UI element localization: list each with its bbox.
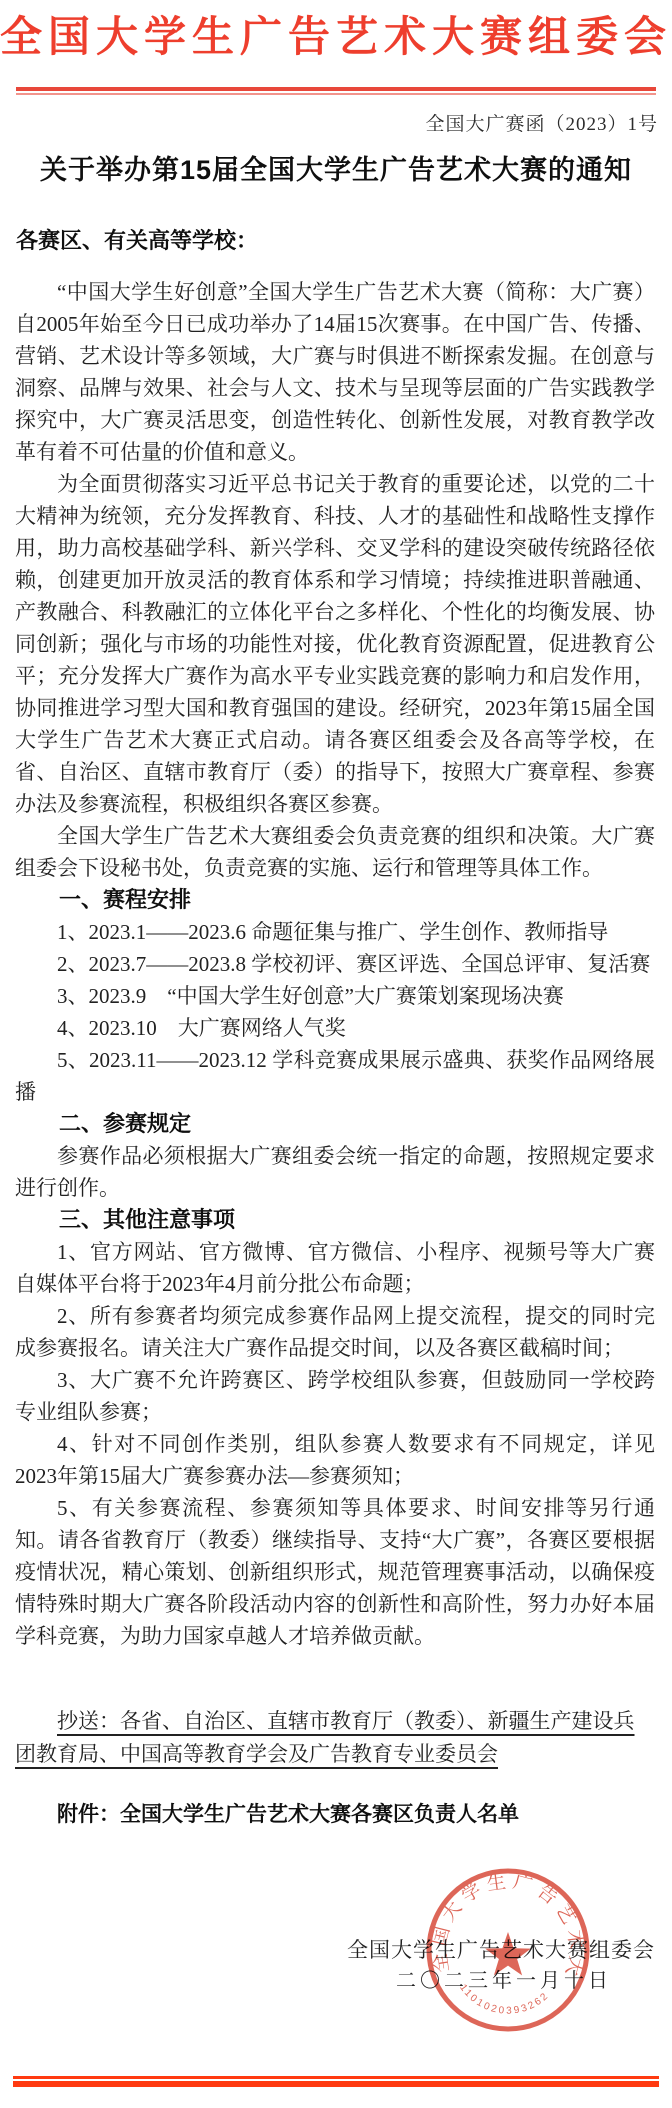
doc-title: 关于举办第15届全国大学生广告艺术大赛的通知 — [0, 152, 672, 188]
section-heading-schedule: 一、赛程安排 — [15, 884, 655, 916]
org-header: 全国大学生广告艺术大赛组委会 — [0, 12, 672, 64]
section-heading-rules: 二、参赛规定 — [15, 1108, 655, 1140]
note-item: 3、大广赛不允许跨赛区、跨学校组队参赛，但鼓励同一学校跨专业组队参赛； — [15, 1364, 655, 1428]
stamp-ring-text: 全国大学生广告艺术大赛组委会 — [422, 1864, 588, 1984]
schedule-item: 2、2023.7——2023.8 学校初评、赛区评选、全国总评审、复活赛 — [15, 948, 655, 980]
schedule-item: 5、2023.11——2023.12 学科竞赛成果展示盛典、获奖作品网络展播 — [15, 1044, 655, 1108]
paragraph-organizer: 全国大学生广告艺术大赛组委会负责竞赛的组织和决策。大广赛组委会下设秘书处，负责竞… — [15, 820, 655, 884]
paragraph-policy: 为全面贯彻落实习近平总书记关于教育的重要论述，以党的二十大精神为统领，充分发挥教… — [15, 468, 655, 820]
note-item: 4、针对不同创作类别，组队参赛人数要求有不同规定，详见2023年第15届大广赛参… — [15, 1428, 655, 1492]
signature-date: 二〇二三年一月十日 — [396, 1967, 612, 1995]
footer-divider — [13, 2076, 659, 2087]
cc-line: 抄送：各省、自治区、直辖市教育厅（教委）、新疆生产建设兵团教育局、中国高等教育学… — [15, 1705, 655, 1771]
document-page: 全国大学生广告艺术大赛组委会 全国大广赛函（2023）1号 关于举办第15届全国… — [0, 0, 672, 2108]
note-item: 2、所有参赛者均须完成参赛作品网上提交流程，提交的同时完成参赛报名。请关注大广赛… — [15, 1300, 655, 1364]
svg-text:全国大学生广告艺术大赛组委会: 全国大学生广告艺术大赛组委会 — [422, 1864, 588, 1984]
header-divider-thin-line — [16, 93, 656, 95]
salutation: 各赛区、有关高等学校： — [16, 226, 258, 256]
note-item: 5、有关参赛流程、参赛须知等具体要求、时间安排等另行通知。请各省教育厅（教委）继… — [15, 1492, 655, 1652]
schedule-item: 4、2023.10 大广赛网络人气奖 — [15, 1012, 655, 1044]
schedule-item: 1、2023.1——2023.6 命题征集与推广、学生创作、教师指导 — [15, 916, 655, 948]
rules-paragraph: 参赛作品必须根据大广赛组委会统一指定的命题，按照规定要求进行创作。 — [15, 1140, 655, 1204]
attachment-line: 附件：全国大学生广告艺术大赛各赛区负责人名单 — [15, 1800, 655, 1830]
header-divider — [16, 87, 656, 95]
doc-number: 全国大广赛函（2023）1号 — [425, 112, 658, 138]
note-item: 1、官方网站、官方微博、官方微信、小程序、视频号等大广赛自媒体平台将于2023年… — [15, 1236, 655, 1300]
schedule-item: 3、2023.9 “中国大学生好创意”大广赛策划案现场决赛 — [15, 980, 655, 1012]
footer-divider-thick-line — [13, 2081, 659, 2087]
document-body: “中国大学生好创意”全国大学生广告艺术大赛（简称：大广赛）自2005年始至今日已… — [15, 276, 655, 1652]
paragraph-intro: “中国大学生好创意”全国大学生广告艺术大赛（简称：大广赛）自2005年始至今日已… — [15, 276, 655, 468]
section-heading-notes: 三、其他注意事项 — [15, 1204, 655, 1236]
signature-org: 全国大学生广告艺术大赛组委会 — [347, 1936, 655, 1964]
